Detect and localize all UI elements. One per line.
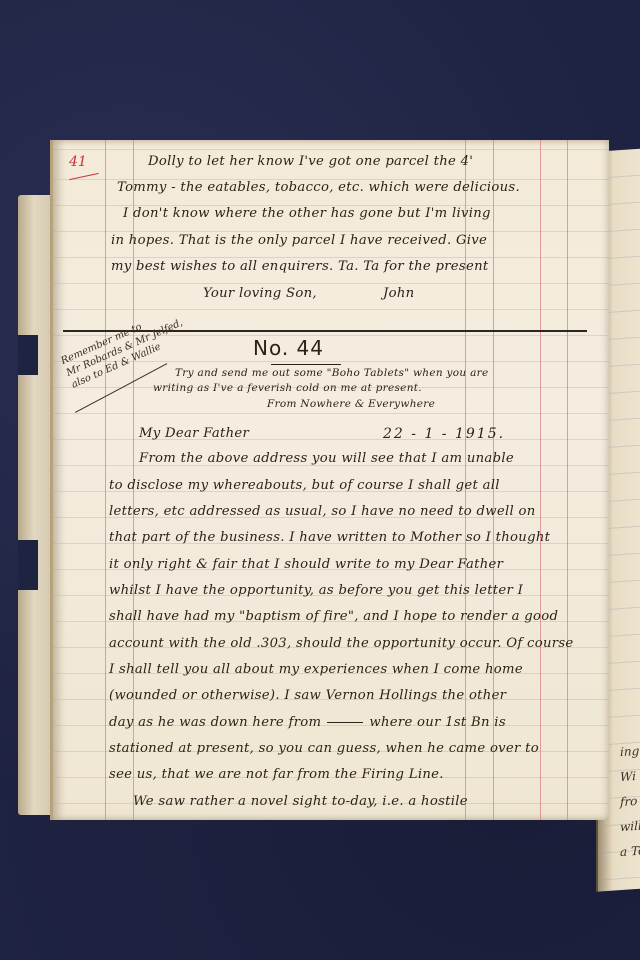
body-line: whilst I have the opportunity, as before… xyxy=(109,583,523,598)
salutation: My Dear Father xyxy=(139,426,249,441)
body-line: stationed at present, so you can guess, … xyxy=(109,741,539,756)
signature: John xyxy=(383,286,414,301)
letter-line: I don't know where the other has gone bu… xyxy=(123,206,491,221)
body-line: I shall tell you all about my experience… xyxy=(109,662,523,677)
letter-line: Dolly to let her know I've got one parce… xyxy=(148,154,473,169)
return-address: From Nowhere & Everywhere xyxy=(267,398,435,410)
body-line-end: where our 1st Bn is xyxy=(369,715,506,730)
letter-line: in hopes. That is the only parcel I have… xyxy=(111,233,487,248)
body-line: day as he was down here fromwhere our 1s… xyxy=(109,715,506,730)
body-line: see us, that we are not far from the Fir… xyxy=(109,767,444,782)
letter-number-underline xyxy=(271,364,341,365)
page-notch xyxy=(18,540,38,590)
body-line: to disclose my whereabouts, but of cours… xyxy=(109,478,500,493)
body-line: (wounded or otherwise). I saw Vernon Hol… xyxy=(109,688,506,703)
body-line: account with the old .303, should the op… xyxy=(109,636,574,651)
margin-rule xyxy=(105,140,106,820)
notebook-page: 41 Dolly to let her know I've got one pa… xyxy=(50,140,609,820)
letter-line: Tommy - the eatables, tobacco, etc. whic… xyxy=(117,180,520,195)
facing-page-text: a To xyxy=(620,843,640,859)
facing-page-text: ing xyxy=(620,744,639,759)
redacted-blank xyxy=(327,722,363,723)
facing-page-text: fro xyxy=(620,794,637,809)
body-line: that part of the business. I have writte… xyxy=(109,530,550,545)
facing-page-text: Wi xyxy=(620,769,636,784)
letter-line: my best wishes to all enquirers. Ta. Ta … xyxy=(111,259,488,274)
closing: Your loving Son, xyxy=(203,286,317,301)
body-line-start: day as he was down here from xyxy=(109,715,321,730)
body-line: it only right & fair that I should write… xyxy=(109,557,503,572)
facing-page-text: will xyxy=(620,819,640,835)
body-line: letters, etc addressed as usual, so I ha… xyxy=(109,504,536,519)
page-number: 41 xyxy=(69,154,87,170)
postscript-line: Try and send me out some "Boho Tablets" … xyxy=(175,367,488,379)
page-notch xyxy=(18,335,38,375)
body-line: From the above address you will see that… xyxy=(139,451,514,466)
letter-date: 22 - 1 - 1915. xyxy=(383,426,505,442)
letter-number: No. 44 xyxy=(253,336,324,360)
column-rule xyxy=(567,140,568,820)
column-rule xyxy=(540,140,541,820)
body-line: shall have had my "baptism of fire", and… xyxy=(109,609,558,624)
postscript-line: writing as I've a feverish cold on me at… xyxy=(153,382,422,394)
body-line: We saw rather a novel sight to-day, i.e.… xyxy=(133,794,468,809)
